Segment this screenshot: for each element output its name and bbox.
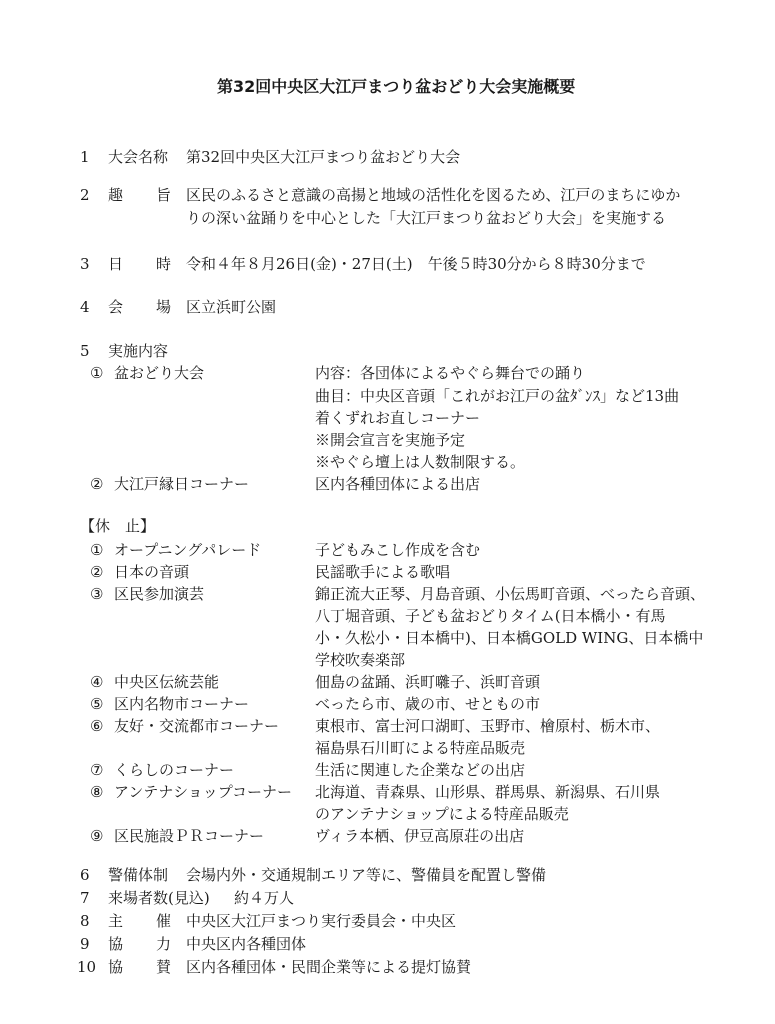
suspended-line: 生活に関連した企業などの出店 <box>315 759 525 781</box>
suspended-line: 東根市、富士河口湖町、玉野市、檜原村、栃木市、 <box>315 715 660 737</box>
suspended-name: 区民施設ＰＲコーナー <box>114 825 264 847</box>
suspended-mark: ⑧ <box>90 781 103 803</box>
item-label: 日 <box>108 253 123 275</box>
suspended-line: 錦正流大正琴、月島音頭、小伝馬町音頭、べったら音頭、 <box>315 583 705 605</box>
item-value: 区内各種団体・民間企業等による提灯協賛 <box>186 956 471 978</box>
suspended-line: のアンテナショップによる特産品販売 <box>315 803 569 825</box>
suspended-mark: ⑦ <box>90 759 103 781</box>
item-label: 旨 <box>156 184 171 206</box>
item-value: 区民のふるさと意識の高揚と地域の活性化を図るため、江戸のまちにゆか <box>186 184 680 206</box>
suspended-mark: ② <box>90 561 103 583</box>
suspended-mark: ① <box>90 539 103 561</box>
item-label: 来場者数(見込) <box>108 887 210 909</box>
item-label: 時 <box>156 253 171 275</box>
item-value: 中央区大江戸まつり実行委員会・中央区 <box>186 910 456 932</box>
document-title: 第32回中央区大江戸まつり盆おどり大会実施概要 <box>217 76 575 98</box>
suspended-line: 学校吹奏楽部 <box>315 649 405 671</box>
content-name: 大江戸縁日コーナー <box>114 473 249 495</box>
suspended-name: 区内名物市コーナー <box>114 693 249 715</box>
suspended-mark: ⑤ <box>90 693 103 715</box>
content-mark: ② <box>90 473 103 495</box>
suspended-line: 北海道、青森県、山形県、群馬県、新潟県、石川県 <box>315 781 660 803</box>
content-name: 盆おどり大会 <box>114 362 204 384</box>
content-line: 曲目：中央区音頭「これがお江戸の盆ﾀﾞﾝｽ」など13曲 <box>315 385 679 407</box>
item-number: 4 <box>80 296 90 318</box>
item-value: 区立浜町公園 <box>186 296 276 318</box>
item-label: 大会名称 <box>108 146 168 168</box>
item-number: 5 <box>80 340 90 362</box>
item-value: 第32回中央区大江戸まつり盆おどり大会 <box>186 146 460 168</box>
item-value: 会場内外・交通規制エリア等に、警備員を配置し警備 <box>186 864 546 886</box>
item-label: 力 <box>156 933 171 955</box>
suspended-line: ヴィラ本栖、伊豆高原荘の出店 <box>315 825 524 847</box>
content-line: ※やぐら壇上は人数制限する。 <box>315 451 525 473</box>
item-label: 協 <box>108 933 123 955</box>
suspended-mark: ④ <box>90 671 103 693</box>
suspended-name: アンテナショップコーナー <box>114 781 292 803</box>
suspended-line: べったら市、歳の市、せともの市 <box>315 693 540 715</box>
item-value: りの深い盆踊りを中心とした「大江戸まつり盆おどり大会」を実施する <box>186 207 666 229</box>
item-number: 6 <box>80 864 90 886</box>
suspended-name: 区民参加演芸 <box>114 583 204 605</box>
item-label: 警備体制 <box>108 864 168 886</box>
suspended-name: 中央区伝統芸能 <box>114 671 219 693</box>
suspended-name: オープニングパレード <box>114 539 261 561</box>
suspended-line: 民謡歌手による歌唱 <box>315 561 450 583</box>
content-line: ※開会宣言を実施予定 <box>315 429 465 451</box>
item-label: 会 <box>108 296 123 318</box>
suspended-mark: ③ <box>90 583 103 605</box>
content-line: 内容：各団体によるやぐら舞台での踊り <box>315 362 585 384</box>
suspended-line: 福島県石川町による特産品販売 <box>315 737 525 759</box>
item-label: 主 <box>108 910 123 932</box>
item-label: 賛 <box>156 956 171 978</box>
suspended-mark: ⑥ <box>90 715 103 737</box>
content-mark: ① <box>90 362 103 384</box>
item-number: 3 <box>80 253 90 275</box>
content-line: 着くずれお直しコーナー <box>315 407 480 429</box>
suspended-line: 佃島の盆踊、浜町囃子、浜町音頭 <box>315 671 540 693</box>
suspended-mark: ⑨ <box>90 825 103 847</box>
item-value: 中央区内各種団体 <box>186 933 306 955</box>
item-value: 約４万人 <box>234 887 294 909</box>
item-label: 協 <box>108 956 123 978</box>
suspended-name: くらしのコーナー <box>114 759 234 781</box>
item-number: 2 <box>80 184 90 206</box>
item-number: 7 <box>80 887 90 909</box>
item-number: 8 <box>80 910 90 932</box>
item-value: 令和４年８月26日(金)・27日(土) 午後５時30分から８時30分まで <box>186 253 646 275</box>
suspended-line: 八丁堀音頭、子ども盆おどりタイム(日本橋小・有馬 <box>315 605 666 627</box>
suspended-line: 小・久松小・日本橋中)、日本橋GOLD WING、日本橋中 <box>315 627 703 649</box>
item-label: 場 <box>156 296 171 318</box>
suspended-name: 日本の音頭 <box>114 561 189 583</box>
suspended-name: 友好・交流都市コーナー <box>114 715 279 737</box>
item-number: 1 <box>80 146 90 168</box>
item-label: 実施内容 <box>108 340 168 362</box>
item-number: 10 <box>77 956 96 978</box>
item-label: 趣 <box>108 184 123 206</box>
suspended-heading: 【休 止】 <box>80 515 155 537</box>
item-label: 催 <box>156 910 171 932</box>
suspended-line: 子どもみこし作成を含む <box>315 539 480 561</box>
content-line: 区内各種団体による出店 <box>315 473 480 495</box>
item-number: 9 <box>80 933 90 955</box>
